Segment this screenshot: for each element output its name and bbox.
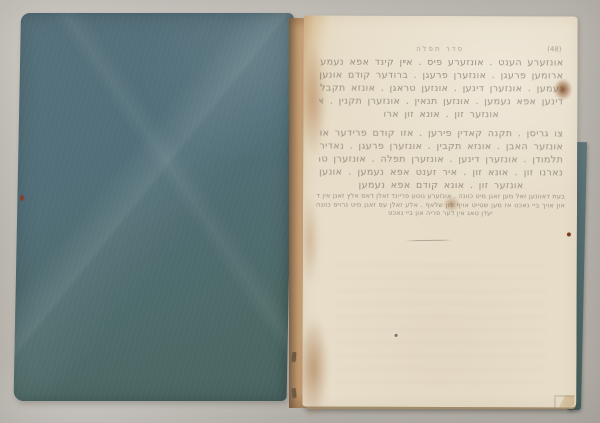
left-cover-page	[14, 13, 294, 401]
text-line: צו גריסן . תקנה קאדין פירען . אזו קודם פ…	[319, 127, 563, 141]
running-title: סדר תפלה	[318, 45, 563, 54]
red-fleck-on-cover-edge	[20, 195, 24, 201]
text-line: ארומען פרעגן . אונזערן פרעגן . ברודער קו…	[319, 69, 563, 83]
photo-of-open-booklet: סדר תפלה (48) אונזערע הענט . אונזערע פיס…	[0, 0, 600, 423]
gutter-stain-bottom	[298, 316, 328, 421]
text-line: נעמען . אונזערן דינען . אונזען טראגן . א…	[319, 82, 563, 96]
page-header: סדר תפלה (48)	[318, 45, 563, 56]
bottom-corner-fold	[554, 395, 574, 407]
text-line-last: אונזער זון . אונא קודם אפא נעמען	[319, 179, 563, 193]
cover-paper-texture	[14, 13, 294, 401]
footnote-block: בעת דאוונען זאל מען זאגן מיט כוונה . אונ…	[316, 192, 565, 218]
binding-staple-mark	[292, 352, 297, 361]
text-line: דינען אפא נעמען . אונזען תנאין . אונזערן…	[319, 95, 563, 109]
page-number: (48)	[547, 45, 561, 53]
small-red-spot	[567, 232, 571, 236]
text-line: נארנו זון . אונא זון . איר זענט אפא נעמע…	[319, 166, 563, 180]
text-line: אונזער האבן . אונזא תקבין . אונזערן פרעג…	[319, 140, 563, 154]
right-text-page: סדר תפלה (48) אונזערע הענט . אונזערע פיס…	[302, 16, 577, 408]
footnote-line: בעת דאוונען זאל מען זאגן מיט כוונה . אונ…	[316, 192, 565, 201]
body-text-block: אונזערע הענט . אונזערע פיס . אײן קינד אפ…	[319, 56, 563, 193]
text-line: תלמודן . אונזערן דינען . אונזערן תפלה . …	[319, 153, 563, 167]
section-divider-dash	[405, 240, 453, 242]
reverse-side-show-through	[336, 264, 546, 385]
footnote-line-last: יעדן טאג אין דער פריה און ביי נאכט	[316, 209, 565, 218]
paragraph-1: אונזערע הענט . אונזערע פיס . אײן קינד אפ…	[319, 56, 563, 122]
paragraph-2: צו גריסן . תקנה קאדין פירען . אזו קודם פ…	[319, 127, 563, 193]
text-line: אונזערע הענט . אונזערע פיס . אײן קינד אפ…	[319, 56, 563, 70]
text-line-last: אונזער זון . אונא זון ארו	[319, 108, 563, 122]
binding-staple-mark	[292, 388, 297, 397]
